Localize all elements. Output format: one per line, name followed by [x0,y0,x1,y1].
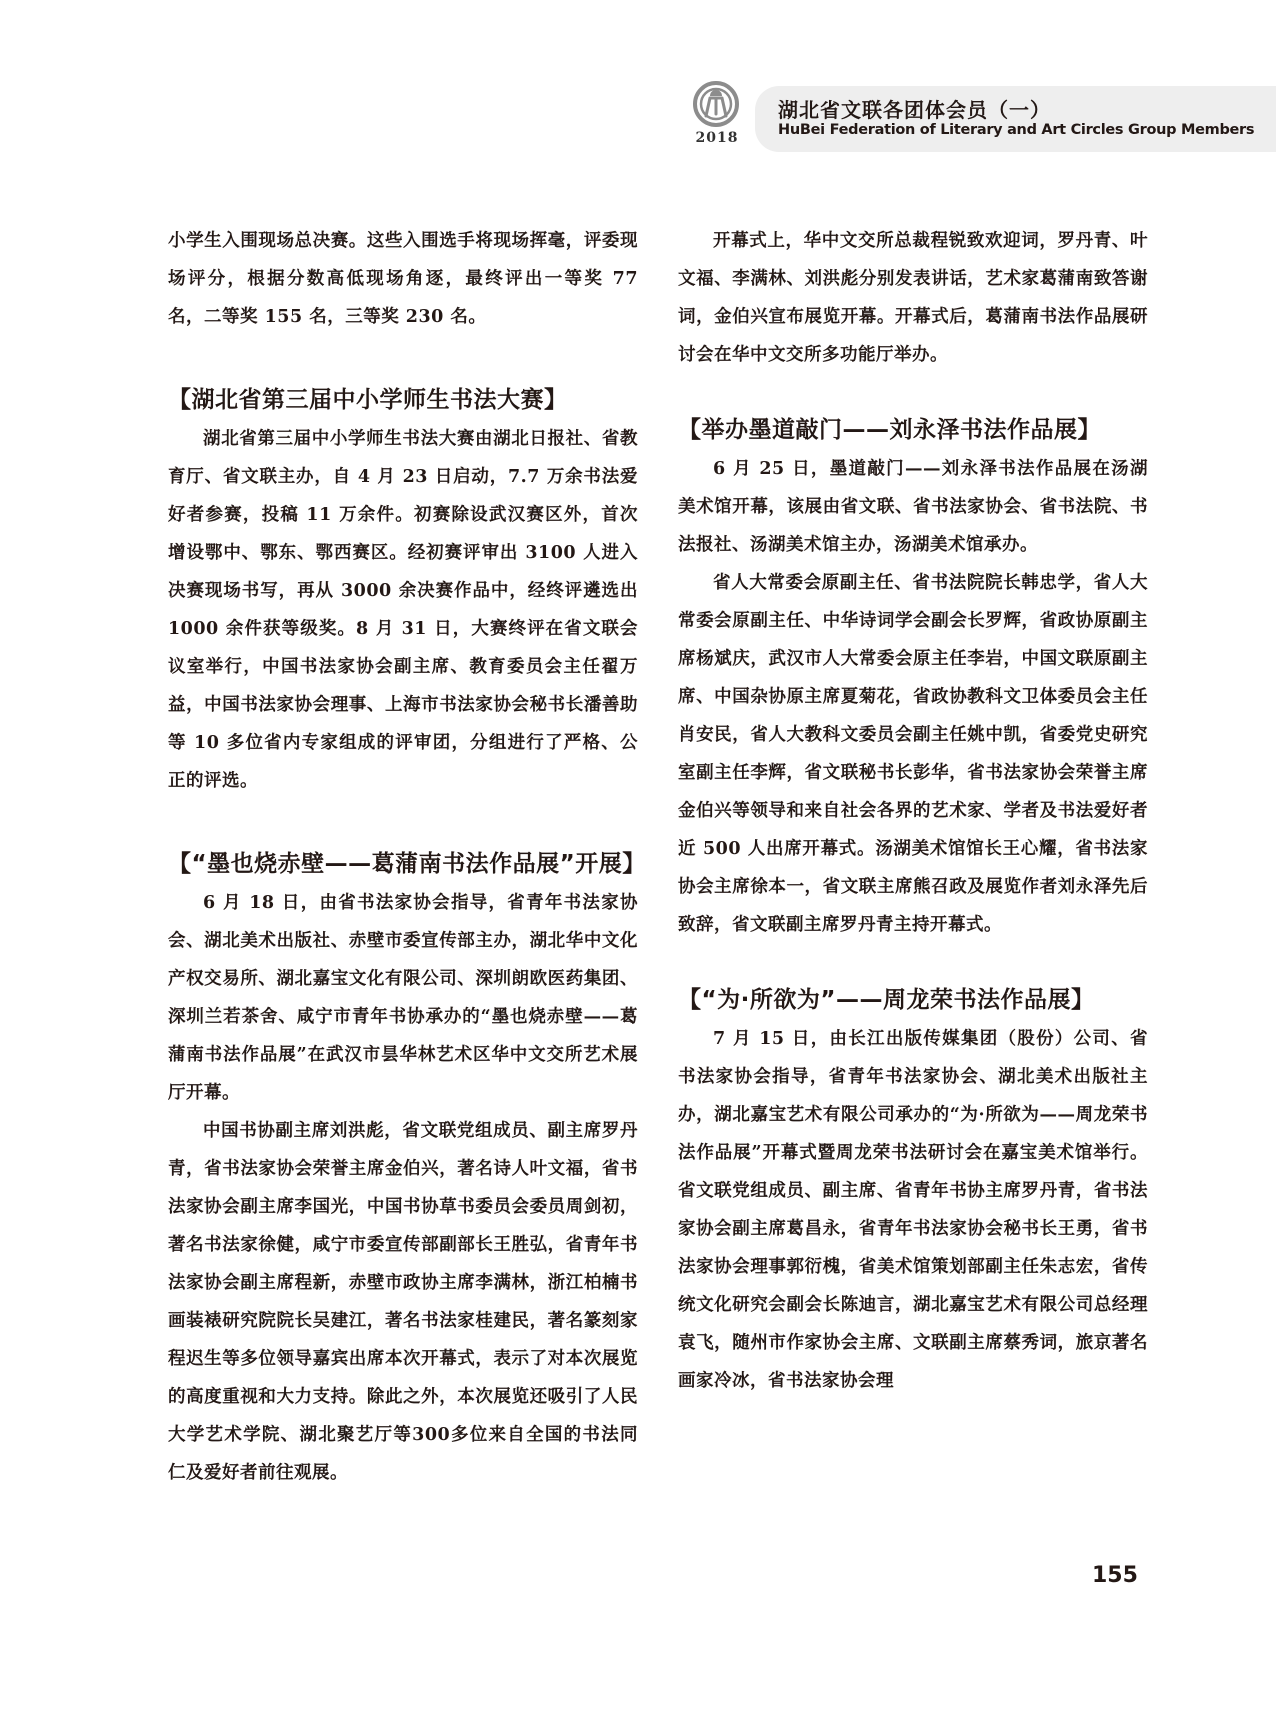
section-title-zhou-longrong-exhibition: 【“为·所欲为”——周龙荣书法作品展】 [678,980,1148,1020]
intro-paragraph-right: 开幕式上，华中文交所总裁程锐致欢迎词，罗丹青、叶文福、李满林、刘洪彪分别发表讲话… [678,222,1148,374]
header-title-chinese: 湖北省文联各团体会员（一） [778,94,1051,123]
paragraph: 6 月 25 日，墨道敲门——刘永泽书法作品展在汤湖美术馆开幕，该展由省文联、省… [678,450,1148,564]
page-number: 155 [1092,1563,1138,1588]
section-title-ge-punan-exhibition: 【“墨也烧赤壁——葛蒲南书法作品展”开展】 [168,844,638,884]
paragraph: 湖北省第三届中小学师生书法大赛由湖北日报社、省教育厅、省文联主办，自 4 月 2… [168,420,638,800]
paragraph: 中国书协副主席刘洪彪，省文联党组成员、副主席罗丹青，省书法家协会荣誉主席金伯兴，… [168,1112,638,1492]
paragraph: 7 月 15 日，由长江出版传媒集团（股份）公司、省书法家协会指导，省青年书法家… [678,1020,1148,1400]
right-column: 开幕式上，华中文交所总裁程锐致欢迎词，罗丹青、叶文福、李满林、刘洪彪分别发表讲话… [678,222,1148,1400]
section-title-calligraphy-contest: 【湖北省第三届中小学师生书法大赛】 [168,380,638,420]
federation-emblem-icon [692,80,740,128]
paragraph: 省人大常委会原副主任、省书法院院长韩忠学，省人大常委会原副主任、中华诗词学会副会… [678,564,1148,944]
header-year: 2018 [690,130,744,146]
intro-paragraph-left: 小学生入围现场总决赛。这些入围选手将现场挥毫，评委现场评分，根据分数高低现场角逐… [168,222,638,336]
paragraph: 6 月 18 日，由省书法家协会指导，省青年书法家协会、湖北美术出版社、赤壁市委… [168,884,638,1112]
header-title-english: HuBei Federation of Literary and Art Cir… [778,122,1254,138]
left-column: 小学生入围现场总决赛。这些入围选手将现场挥毫，评委现场评分，根据分数高低现场角逐… [168,222,638,1492]
section-title-liu-yongze-exhibition: 【举办墨道敲门——刘永泽书法作品展】 [678,410,1148,450]
